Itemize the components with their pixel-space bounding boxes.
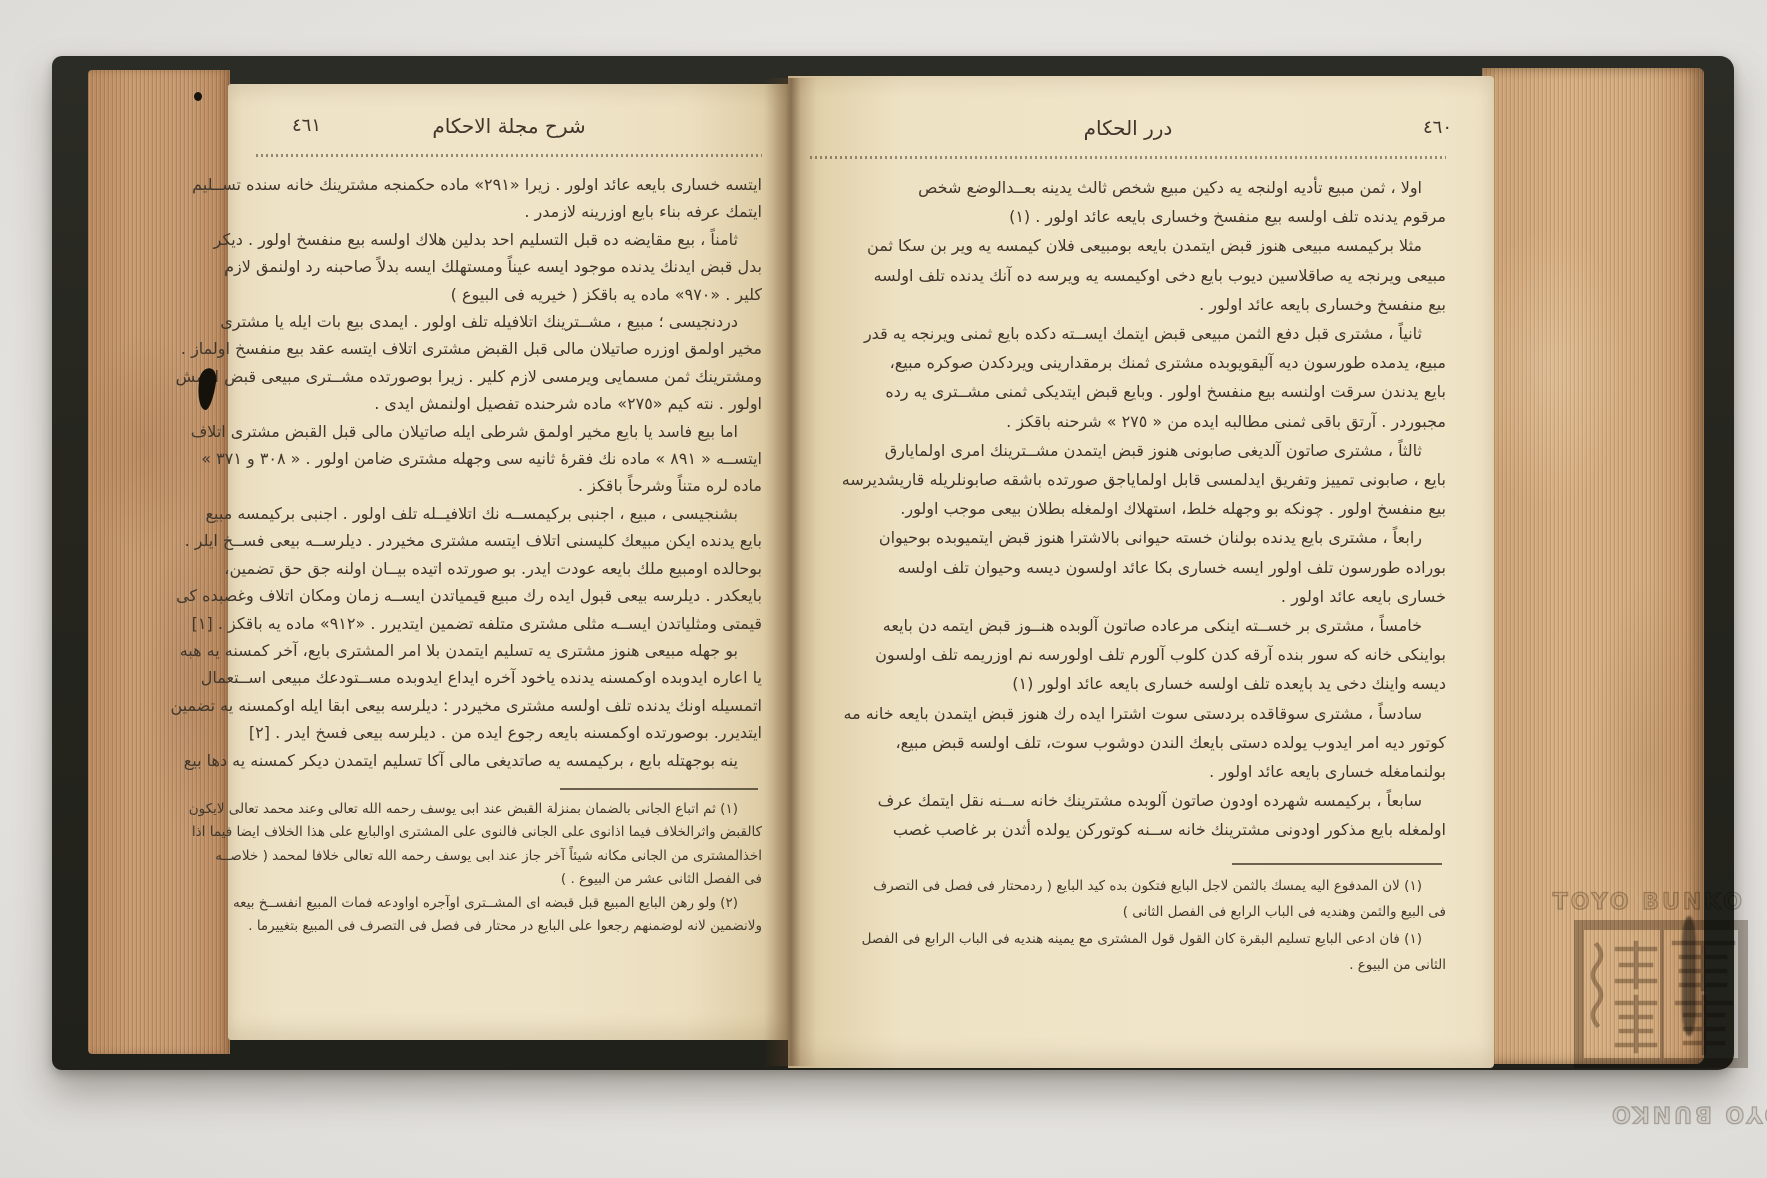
- right-page-edges: [1482, 68, 1704, 1064]
- left-page: ٤٦١ شرح مجلة الاحكام ايتسه خسارى بايعه ع…: [228, 84, 788, 1040]
- body-text-line: مرقوم يدنده تلف اولسه بيع منفسخ وخسارى ب…: [810, 202, 1446, 231]
- footnote-line: فى البيع والثمن وهنديه فى الباب الرابع ف…: [806, 899, 1446, 926]
- body-text-line: اولور . نته كيم «٢٧٥» ماده شرحنده تفصيل …: [256, 390, 762, 417]
- body-text-line: بيع منفسخ وخسارى بايعه عائد اولور .: [810, 290, 1446, 319]
- photo-background: ٤٦١ شرح مجلة الاحكام ايتسه خسارى بايعه ع…: [0, 0, 1767, 1178]
- body-text-line: بوراده طورسون تلف اولور ايسه خسارى بكا ع…: [810, 553, 1446, 582]
- body-text-line: ايتديرر. بوصورتده اوكمسنه بايعه رجوع ايد…: [256, 719, 762, 746]
- body-text-line: بشنجيسى ، مبيع ، اجنبى بركيمســه نك اتلا…: [256, 500, 762, 527]
- body-text-line: قيمتى ومثلياتدن ايســه مثلى مشترى متلفه …: [256, 610, 762, 637]
- body-text-line: خامساً ، مشترى بر خســته اينكى مرعاده صا…: [810, 611, 1446, 640]
- right-page-body: اولا ، ثمن مبيع تأديه اولنجه يه دكين مبي…: [810, 173, 1446, 845]
- body-text-line: اتمسيله اونك يدنده تلف اولسه مشترى مخيرد…: [256, 692, 762, 719]
- footnote-line: كالقبض واثرالخلاف فيما اذانوى على الجانى…: [250, 821, 762, 844]
- watermark-text-bottom: TOYO BUNKO: [1609, 1101, 1767, 1126]
- body-text-line: بيع منفسخ اولور . چونكه بو وجهله خلط، اس…: [810, 494, 1446, 523]
- footnote-line: ولانضمين لانه لوضمنهم رجعوا على البايع د…: [250, 915, 762, 938]
- body-text-line: كلير . «٩٧٠» ماده يه باقكز ( خيريه فى ال…: [256, 281, 762, 308]
- header-rule: [810, 156, 1446, 159]
- body-text-line: مبيعى ويرنجه يه صاقلاسين ديوب بايع دخى ا…: [810, 261, 1446, 290]
- footnote-separator: [1232, 863, 1442, 865]
- right-page: ٤٦٠ درر الحكام اولا ، ثمن مبيع تأديه اول…: [788, 76, 1494, 1068]
- body-text-line: بولنمامغله خسارى بايعه عائد اولور .: [810, 757, 1446, 786]
- body-text-line: اولا ، ثمن مبيع تأديه اولنجه يه دكين مبي…: [810, 173, 1446, 202]
- body-text-line: بايع يدنده ايكن مبيعك كليسنى اتلاف ايتسه…: [256, 527, 762, 554]
- body-text-line: كوتور ديه امر ايدوب يولده دستى بايعك الن…: [810, 728, 1446, 757]
- right-page-content: ٤٦٠ درر الحكام اولا ، ثمن مبيع تأديه اول…: [788, 76, 1494, 1068]
- footnote-line: (١) لان المدفوع اليه يمسك بالثمن لاجل ال…: [806, 873, 1446, 900]
- body-text-line: ينه بوجهتله بايع ، بركيمسه يه صاتديغى ما…: [256, 747, 762, 774]
- body-text-line: ثانياً ، مشترى قبل دفع الثمن مبيعى قبض ا…: [810, 319, 1446, 348]
- footnote-line: (١) ثم اتباع الجانى بالضمان بمنزلة القبض…: [250, 798, 762, 821]
- body-text-line: يا اعاره ايدوبده اوكمسنه يدنده ياخود آخر…: [256, 664, 762, 691]
- body-text-line: ايتســه « ٨٩١ » ماده نك فقرهٔ ثانيه سى و…: [256, 445, 762, 472]
- left-page-content: ٤٦١ شرح مجلة الاحكام ايتسه خسارى بايعه ع…: [228, 84, 788, 1040]
- body-text-line: ديسه واينك دخى يد بايعده تلف اولسه خسارى…: [810, 669, 1446, 698]
- body-text-line: بايعكدر . ديلرسه بيعى قبول ايده رك مبيع …: [256, 582, 762, 609]
- footnote-line: فى الفصل الثانى عشر من البيوع . ): [250, 868, 762, 891]
- left-page-body: ايتسه خسارى بايعه عائد اولور . زيرا «٢٩١…: [256, 171, 762, 774]
- body-text-line: مجبوردر . آرتق باقى ثمنى مطالبه ايده من …: [810, 407, 1446, 436]
- body-text-line: اولمغله بايع مذكور اودونى مشترينك خانه س…: [810, 815, 1446, 844]
- body-text-line: بدل قبض ايدنك يدنده موجود ايسه عيناً ومس…: [256, 253, 762, 280]
- header-rule: [256, 154, 762, 157]
- body-text-line: ومشترينك ثمن مسمايى ويرمسى لازم كلير . ز…: [256, 363, 762, 390]
- footnote-line: (٢) ولو رهن البايع المبيع قبل قبضه اى ال…: [250, 892, 762, 915]
- footnote-line: (١) فان ادعى البايع تسليم البقرة كان الق…: [806, 926, 1446, 953]
- footnote-line: الثانى من البيوع .: [806, 952, 1446, 979]
- right-page-header: ٤٦٠ درر الحكام: [810, 116, 1446, 150]
- right-page-title: درر الحكام: [810, 116, 1446, 140]
- left-page-title: شرح مجلة الاحكام: [256, 114, 762, 138]
- body-text-line: مخير اولمق اوزره صاتيلان مالى قبل القبض …: [256, 335, 762, 362]
- body-text-line: مبيع، يدمده طورسون ديه آليقويوبده مشترى …: [810, 348, 1446, 377]
- body-text-line: بواينكى خانه كه سور بنده آرقه كدن كلوب آ…: [810, 640, 1446, 669]
- body-text-line: خسارى بايعه عائد اولور .: [810, 582, 1446, 611]
- left-page-header: ٤٦١ شرح مجلة الاحكام: [256, 114, 762, 148]
- body-text-line: بايع يدندن سرقت اولنسه بيع منفسخ اولور .…: [810, 377, 1446, 406]
- body-text-line: مثلا بركيمسه مبيعى هنوز قبض ايتمدن بايعه…: [810, 231, 1446, 260]
- open-book: ٤٦١ شرح مجلة الاحكام ايتسه خسارى بايعه ع…: [52, 56, 1734, 1070]
- body-text-line: ايتسه خسارى بايعه عائد اولور . زيرا «٢٩١…: [256, 171, 762, 198]
- left-page-footnotes: (١) ثم اتباع الجانى بالضمان بمنزلة القبض…: [256, 798, 762, 938]
- footnote-separator: [560, 788, 758, 790]
- body-text-line: بو جهله مبيعى هنوز مشترى يه تسليم ايتمدن…: [256, 637, 762, 664]
- body-text-line: سادساً ، مشترى سوقاقده بردستى سوت اشترا …: [810, 699, 1446, 728]
- body-text-line: سابعاً ، بركيمسه شهرده اودون صاتون آلوبد…: [810, 786, 1446, 815]
- body-text-line: ماده لره متناً وشرحاً باقكز .: [256, 472, 762, 499]
- body-text-line: ايتمك عرفه بناء بايع اوزرينه لازمدر .: [256, 198, 762, 225]
- left-page-edges: [88, 70, 230, 1054]
- cover-stain: [1682, 916, 1696, 1036]
- body-text-line: اما بيع فاسد يا بايع مخير اولمق شرطى ايل…: [256, 418, 762, 445]
- right-page-footnotes: (١) لان المدفوع اليه يمسك بالثمن لاجل ال…: [810, 873, 1446, 979]
- body-text-line: ثالثاً ، مشترى صاتون آلديغى صابونى هنوز …: [810, 436, 1446, 465]
- footnote-line: اخذالمشترى من الجانى مكانه شيئاً آخر جاز…: [250, 845, 762, 868]
- body-text-line: دردنجيسى ؛ مبيع ، مشــترينك اتلافيله تلف…: [256, 308, 762, 335]
- body-text-line: رابعاً ، مشترى بايع يدنده بولنان خسته حي…: [810, 523, 1446, 552]
- body-text-line: بوحالده اومبيع ملك بايعه عودت ايدر. بو ص…: [256, 555, 762, 582]
- body-text-line: ثامناً ، بيع مقايضه ده قبل التسليم احد ب…: [256, 226, 762, 253]
- body-text-line: بايع ، صابونى تمييز وتفريق ايدلمسى قابل …: [810, 465, 1446, 494]
- ink-stain-small: [194, 92, 202, 101]
